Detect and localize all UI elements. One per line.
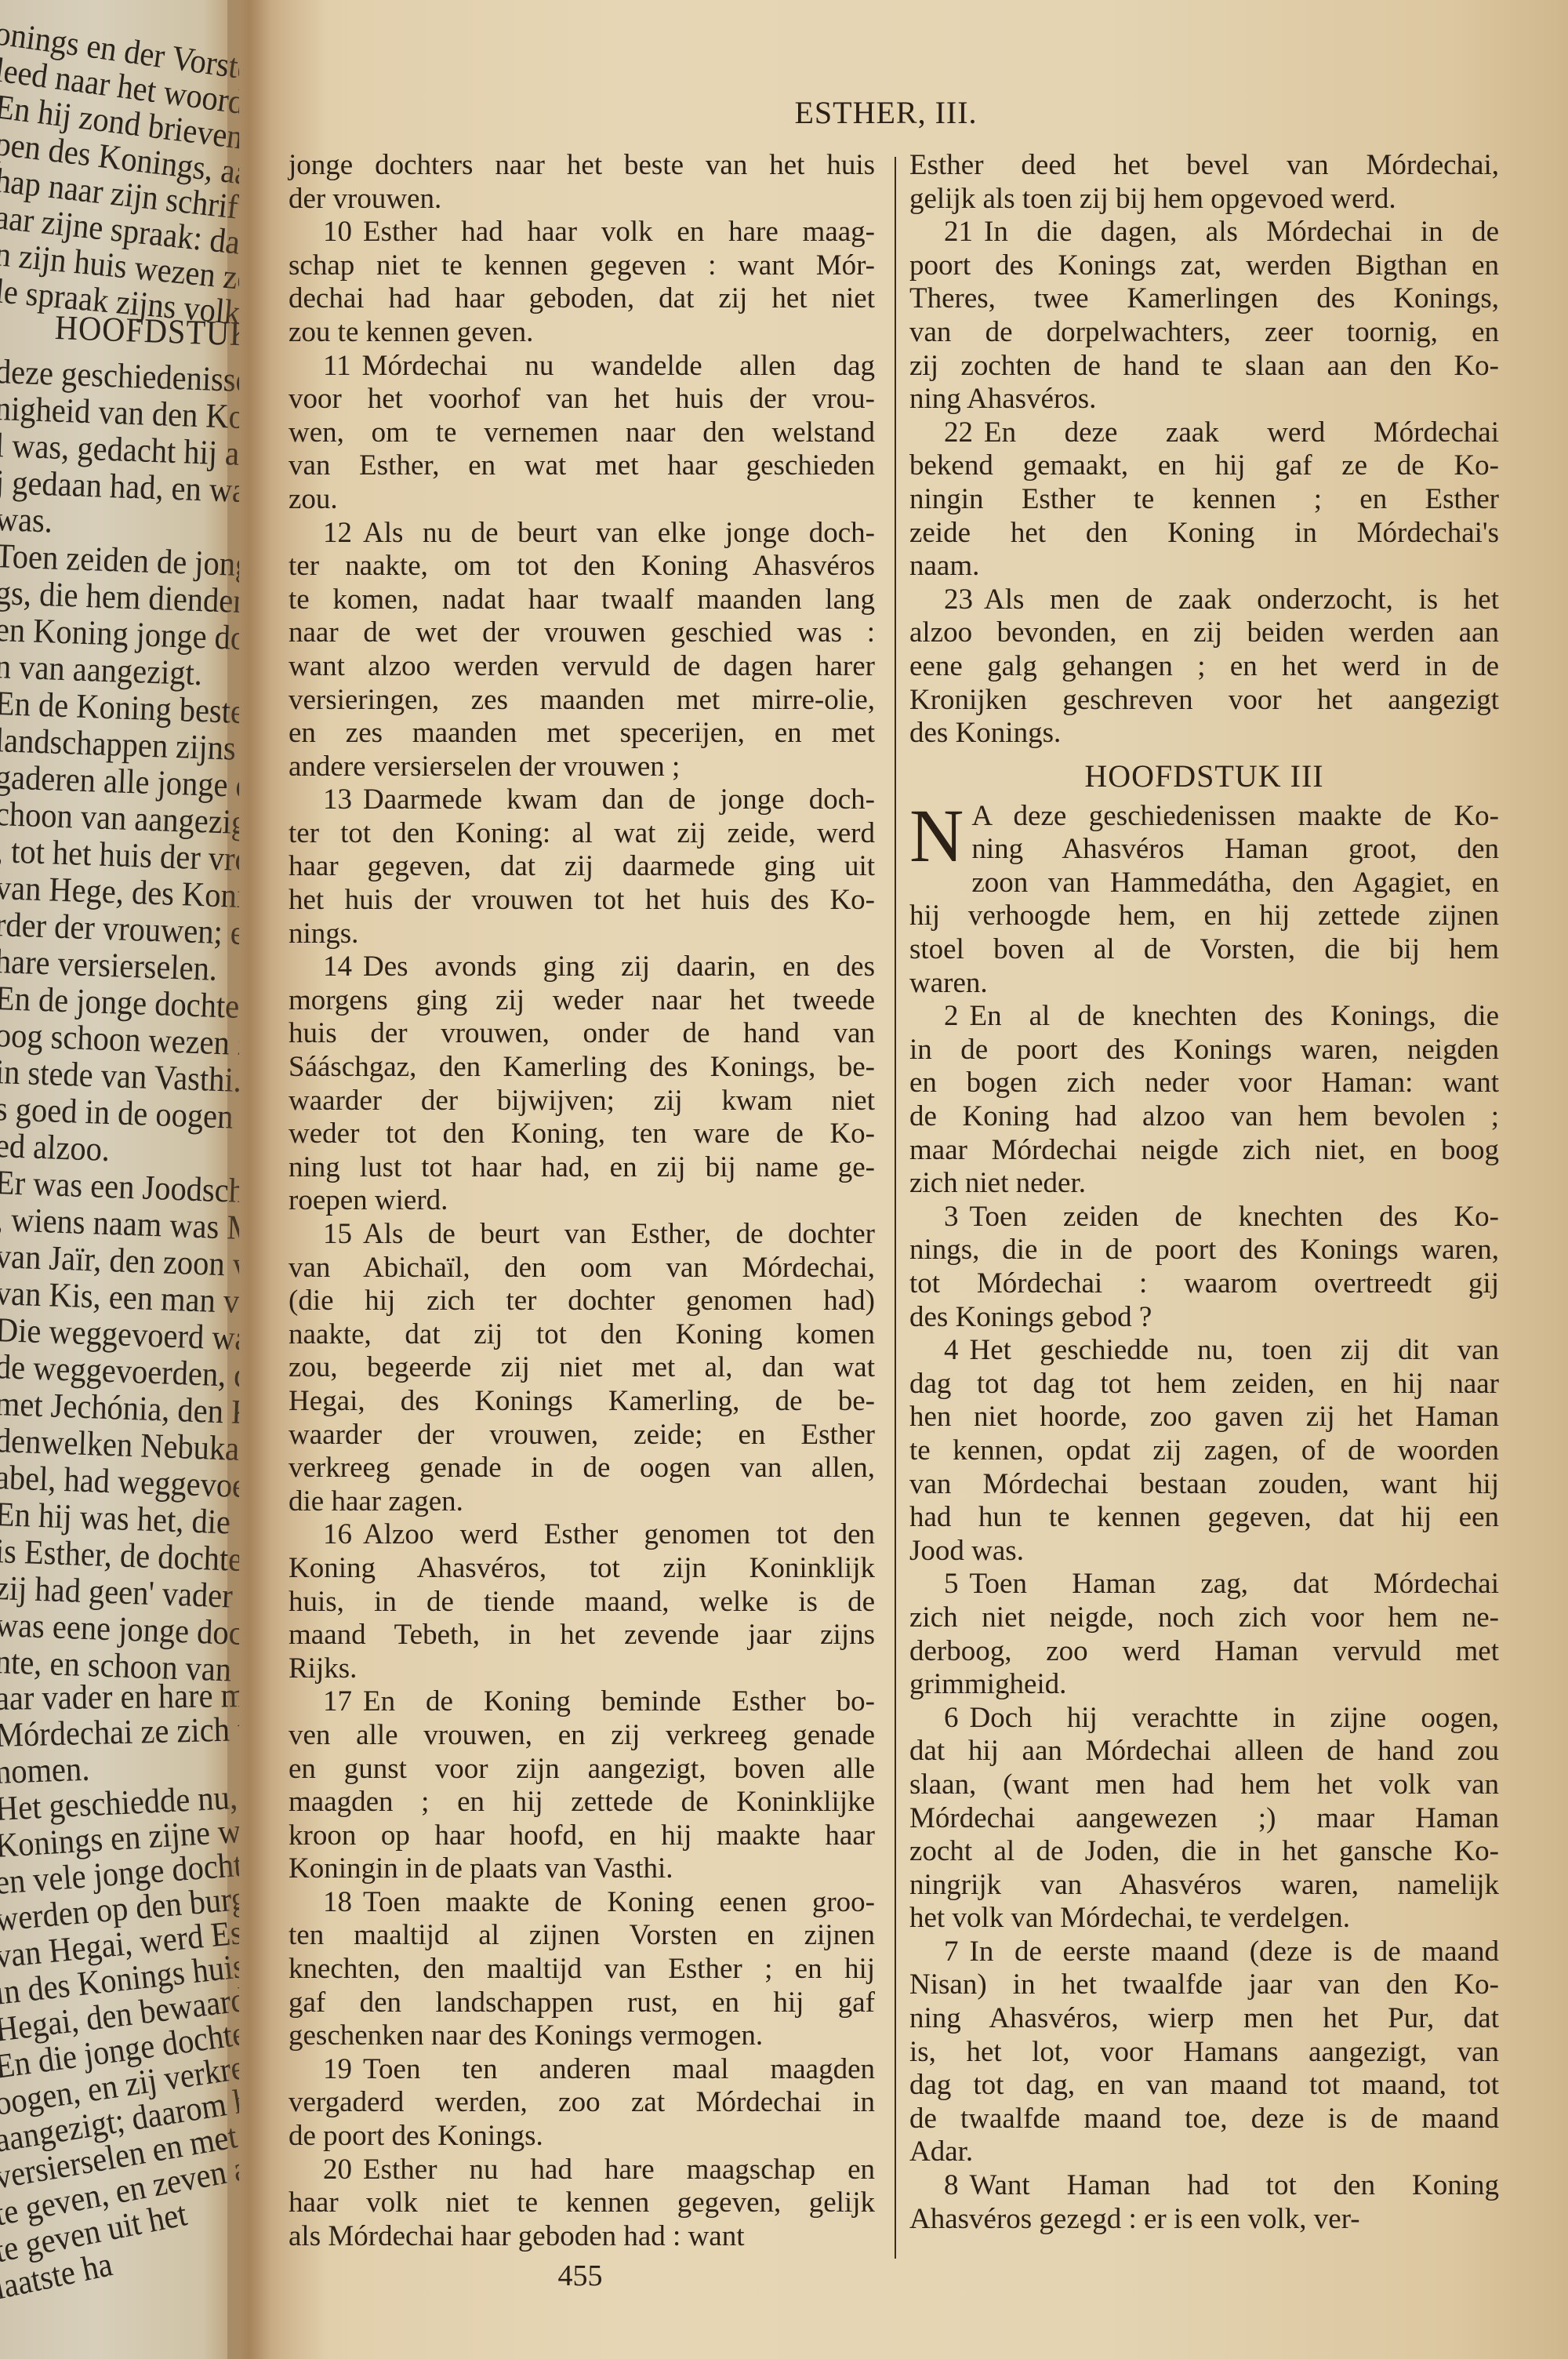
text-line: die haar zagen. — [289, 1485, 875, 1519]
line-text: ter naakte, om tot den Koning Ahasvéros — [289, 550, 875, 582]
text-line: gelijk als toen zij bij hem opgevoed wer… — [909, 183, 1499, 216]
text-line: en gunst voor zijn aangezigt, boven alle — [289, 1753, 875, 1787]
line-text: waarder der vrouwen, zeide; en Esther — [289, 1419, 875, 1451]
verse-number: 7 — [944, 1936, 959, 1968]
line-text: (die hij zich ter dochter genomen had) — [289, 1285, 875, 1317]
verse-number: 17 — [323, 1685, 352, 1717]
text-line: haar volk niet te kennen gegeven, gelijk — [289, 2186, 875, 2220]
line-text: eene galg gehangen ; en het werd in de — [909, 650, 1499, 682]
line-text: het volk van Mórdechai, te verdelgen. — [909, 1902, 1350, 1934]
line-text: Ahasvéros gezegd : er is een volk, ver- — [909, 2203, 1360, 2235]
left-facing-page: onings en der Vorsten; eleed naar het wo… — [0, 0, 239, 2359]
line-text: Mórdechai nu wandelde allen dag — [362, 350, 875, 382]
text-line: ningrijk van Ahasvéros waren, namelijk — [909, 1869, 1499, 1903]
text-line: dat hij aan Mórdechai alleen de hand zou — [909, 1735, 1499, 1768]
text-line: 3Toen zeiden de knechten des Ko- — [909, 1201, 1499, 1234]
line-text: versieringen, zes maanden met mirre-olie… — [289, 684, 875, 716]
left-page-text-line: Mórdechai ze zich tot eene — [0, 1710, 239, 1753]
text-line: Adar. — [909, 2135, 1499, 2169]
line-text: Toen ten anderen maal maagden — [363, 2053, 875, 2085]
page-number: 455 — [541, 2259, 619, 2293]
line-text: alzoo bevonden, en zij beiden werden aan — [909, 616, 1499, 649]
text-line: 22En deze zaak werd Mórdechai — [909, 416, 1499, 450]
line-text: ning lust tot haar had, en zij bij name … — [289, 1151, 875, 1183]
line-text: gaf den landschappen rust, en hij gaf — [289, 1986, 875, 2019]
line-text: Kronijken geschreven voor het aangezigt — [909, 684, 1499, 716]
line-text: stoel boven al de Vorsten, die bij hem — [909, 933, 1499, 965]
text-line: ning lust tot haar had, en zij bij name … — [289, 1151, 875, 1185]
text-line: Kronijken geschreven voor het aangezigt — [909, 684, 1499, 718]
text-line: zou te kennen geven. — [289, 316, 875, 350]
line-text: derboog, zoo werd Haman vervuld met — [909, 1635, 1499, 1667]
verse-number: 14 — [323, 951, 352, 983]
line-text: Mórdechai aangewezen ;) maar Haman — [909, 1802, 1499, 1834]
line-text: Daarmede kwam dan de jonge doch- — [363, 783, 875, 816]
text-line: morgens ging zij weder naar het tweede — [289, 984, 875, 1018]
text-line: 8Want Haman had tot den Koning — [909, 2169, 1499, 2203]
text-line: 2En al de knechten des Konings, die — [909, 1000, 1499, 1034]
line-text: als Mórdechai haar geboden had : want — [289, 2220, 745, 2252]
line-text: jonge dochters naar het beste van het hu… — [289, 149, 875, 181]
line-text: huis, in de tiende maand, welke is de — [289, 1586, 875, 1618]
text-line: 5Toen Haman zag, dat Mórdechai — [909, 1568, 1499, 1601]
verse-number: 5 — [944, 1568, 959, 1600]
text-line: schap niet te kennen gegeven : want Mór- — [289, 249, 875, 283]
line-text: zich niet neder. — [909, 1167, 1086, 1199]
line-text: ningrijk van Ahasvéros waren, namelijk — [909, 1869, 1499, 1901]
text-line: Jood was. — [909, 1535, 1499, 1568]
text-line: zich niet neigde, noch zich voor hem ne- — [909, 1601, 1499, 1635]
text-line: 10Esther had haar volk en hare maag- — [289, 216, 875, 249]
line-text: En al de knechten des Konings, die — [970, 1000, 1500, 1032]
text-line: poort des Konings zat, werden Bigthan en — [909, 249, 1499, 283]
line-text: is, het lot, voor Hamans aangezigt, van — [909, 2036, 1499, 2068]
line-text: ter tot den Koning: al wat zij zeide, we… — [289, 817, 875, 849]
text-line: derboog, zoo werd Haman vervuld met — [909, 1635, 1499, 1669]
line-text: te kennen, opdat zij zagen, of de woorde… — [909, 1434, 1499, 1467]
text-line: alzoo bevonden, en zij beiden werden aan — [909, 616, 1499, 650]
line-text: Hegai, des Konings Kamerling, de be- — [289, 1385, 875, 1417]
book-gutter — [227, 0, 282, 2359]
text-line: ter naakte, om tot den Koning Ahasvéros — [289, 550, 875, 583]
line-text: zou. — [289, 483, 338, 515]
text-line: te komen, nadat haar twaalf maanden lang — [289, 583, 875, 617]
text-line: tot Mórdechai : waarom overtreedt gij — [909, 1267, 1499, 1301]
text-line: verkreeg genade in de oogen van allen, — [289, 1452, 875, 1485]
text-line: versieringen, zes maanden met mirre-olie… — [289, 684, 875, 718]
line-text: de poort des Konings. — [289, 2120, 543, 2152]
text-line: en bogen zich neder voor Haman: want — [909, 1067, 1499, 1100]
verse-number: 18 — [323, 1886, 352, 1918]
text-line: 19Toen ten anderen maal maagden — [289, 2053, 875, 2087]
text-line: zoon van Hammedátha, den Agagiet, en — [909, 867, 1499, 900]
line-text: Theres, twee Kamerlingen des Konings, — [909, 282, 1499, 314]
text-line: 17En de Koning beminde Esther bo- — [289, 1685, 875, 1719]
line-text: ven alle vrouwen, en zij verkreeg genade — [289, 1719, 875, 1751]
line-text: haar volk niet te kennen gegeven, gelijk — [289, 2186, 875, 2219]
text-line: roepen wierd. — [289, 1184, 875, 1218]
line-text: want alzoo werden vervuld de dagen harer — [289, 650, 875, 682]
text-line: huis, in de tiende maand, welke is de — [289, 1586, 875, 1619]
verse-number: 10 — [323, 216, 352, 248]
text-line: kroon op haar hoofd, en hij maakte haar — [289, 1819, 875, 1853]
line-text: vergaderd werden, zoo zat Mórdechai in — [289, 2086, 875, 2118]
left-page-text-line: ed alzoo. — [0, 1129, 111, 1167]
text-line: waren. — [909, 967, 1499, 1001]
line-text: Toen Haman zag, dat Mórdechai — [970, 1568, 1500, 1600]
text-line: 16Alzoo werd Esther genomen tot den — [289, 1518, 875, 1552]
text-line: slaan, (want men had hem het volk van — [909, 1768, 1499, 1802]
line-text: zoon van Hammedátha, den Agagiet, en — [971, 867, 1499, 899]
verse-number: 2 — [944, 1000, 959, 1032]
verse-number: 6 — [944, 1702, 959, 1734]
text-line: zij zochten de hand te slaan aan den Ko- — [909, 350, 1499, 383]
text-line: maagden ; en hij zettede de Koninklijke — [289, 1786, 875, 1819]
line-text: verkreeg genade in de oogen van allen, — [289, 1452, 875, 1484]
line-text: gelijk als toen zij bij hem opgevoed wer… — [909, 183, 1396, 215]
text-line: zocht al de Joden, die in het gansche Ko… — [909, 1835, 1499, 1869]
line-text: Jood was. — [909, 1535, 1024, 1567]
text-line: 18Toen maakte de Koning eenen groo- — [289, 1886, 875, 1920]
text-line: waarder der vrouwen, zeide; en Esther — [289, 1419, 875, 1452]
text-line: des Konings. — [909, 717, 1499, 751]
line-text: en zes maanden met specerijen, en met — [289, 717, 875, 749]
line-text: andere versierselen der vrouwen ; — [289, 751, 680, 783]
text-line: gaf den landschappen rust, en hij gaf — [289, 1986, 875, 2020]
text-line: naakte, dat zij tot den Koning komen — [289, 1318, 875, 1352]
text-line: dag tot dag, en van maand tot maand, tot — [909, 2069, 1499, 2103]
line-text: maand Tebeth, in het zevende jaar zijns — [289, 1619, 875, 1651]
text-line: dechai had haar geboden, dat zij het nie… — [289, 282, 875, 316]
line-text: van Mórdechai bestaan zouden, want hij — [909, 1468, 1499, 1500]
text-line: 7In de eerste maand (deze is de maand — [909, 1936, 1499, 1969]
verse-number: 13 — [323, 783, 352, 816]
line-text: zou, begeerde zij niet met al, dan wat — [289, 1351, 875, 1383]
line-text: Doch hij verachtte in zijne oogen, — [970, 1702, 1500, 1734]
line-text: dechai had haar geboden, dat zij het nie… — [289, 282, 875, 314]
text-line: grimmigheid. — [909, 1668, 1499, 1702]
line-text: huis der vrouwen, onder de hand van — [289, 1017, 875, 1049]
text-line: van Abichaïl, den oom van Mórdechai, — [289, 1252, 875, 1285]
text-line: de poort des Konings. — [289, 2120, 875, 2154]
line-text: des Konings gebod ? — [909, 1301, 1152, 1333]
line-text: naakte, dat zij tot den Koning komen — [289, 1318, 875, 1350]
line-text: grimmigheid. — [909, 1668, 1066, 1700]
text-line: ven alle vrouwen, en zij verkreeg genade — [289, 1719, 875, 1753]
line-text: Esther nu had hare maagschap en — [363, 2154, 875, 2186]
line-text: Als nu de beurt van elke jonge doch- — [363, 517, 875, 549]
text-line: weder tot den Koning, ten ware de Ko- — [289, 1118, 875, 1151]
text-line: ten maaltijd al zijnen Vorsten en zijnen — [289, 1919, 875, 1953]
text-line: is, het lot, voor Hamans aangezigt, van — [909, 2036, 1499, 2070]
verse-number: 22 — [944, 416, 973, 449]
verse-number: 20 — [323, 2154, 352, 2186]
verse-number: 16 — [323, 1518, 352, 1550]
line-text: te komen, nadat haar twaalf maanden lang — [289, 583, 875, 616]
line-text: zich niet neigde, noch zich voor hem ne- — [909, 1601, 1499, 1634]
line-text: En de Koning beminde Esther bo- — [363, 1685, 875, 1717]
line-text: de Koning had alzoo van hem bevolen ; — [909, 1100, 1499, 1132]
text-line: knechten, den maaltijd van Esther ; en h… — [289, 1953, 875, 1986]
text-line: A deze geschiedenissen maakte de Ko- — [909, 800, 1499, 834]
line-text: kroon op haar hoofd, en hij maakte haar — [289, 1819, 875, 1852]
verse-number: 11 — [323, 350, 351, 382]
line-text: Toen zeiden de knechten des Ko- — [970, 1201, 1500, 1233]
line-text: Nisan) in het twaalfde jaar van den Ko- — [909, 1968, 1499, 2001]
text-line: des Konings gebod ? — [909, 1301, 1499, 1335]
line-text: in de poort des Konings waren, neigden — [909, 1034, 1499, 1066]
line-text: bekend gemaakt, en hij gaf ze de Ko- — [909, 449, 1499, 482]
text-line: de Koning had alzoo van hem bevolen ; — [909, 1100, 1499, 1134]
line-text: voor het voorhof van het huis der vrou- — [289, 383, 875, 415]
line-text: hen niet hoorde, zoo gaven zij het Haman — [909, 1401, 1499, 1433]
text-line: dag tot dag tot hem zeiden, en hij naar — [909, 1368, 1499, 1401]
text-line: zou, begeerde zij niet met al, dan wat — [289, 1351, 875, 1385]
line-text: knechten, den maaltijd van Esther ; en h… — [289, 1953, 875, 1985]
verse-number: 3 — [944, 1201, 959, 1233]
line-text: ten maaltijd al zijnen Vorsten en zijnen — [289, 1919, 875, 1951]
line-text: slaan, (want men had hem het volk van — [909, 1768, 1499, 1801]
line-text: dag tot dag tot hem zeiden, en hij naar — [909, 1368, 1499, 1400]
text-line: (die hij zich ter dochter genomen had) — [289, 1285, 875, 1318]
line-text: Als de beurt van Esther, de dochter — [363, 1218, 875, 1250]
text-line: ning Ahasvéros Haman groot, den — [909, 833, 1499, 867]
text-line: waarder der bijwijven; zij kwam niet — [289, 1085, 875, 1118]
line-text: van Esther, en wat met haar geschieden — [289, 449, 875, 482]
line-text: die haar zagen. — [289, 1485, 463, 1518]
line-text: het huis der vrouwen tot het huis des Ko… — [289, 884, 875, 916]
text-line: Hegai, des Konings Kamerling, de be- — [289, 1385, 875, 1419]
line-text: van Abichaïl, den oom van Mórdechai, — [289, 1252, 875, 1284]
text-line: Nisan) in het twaalfde jaar van den Ko- — [909, 1968, 1499, 2002]
right-text-column: Esther deed het bevel van Mórdechai,geli… — [909, 149, 1499, 2236]
text-line: naam. — [909, 550, 1499, 583]
text-line: zich niet neder. — [909, 1167, 1499, 1201]
line-text: Adar. — [909, 2135, 973, 2168]
line-text: Koningin in de plaats van Vasthi. — [289, 1852, 673, 1885]
line-text: schap niet te kennen gegeven : want Mór- — [289, 249, 875, 282]
line-text: zeide het den Koning in Mórdechai's — [909, 517, 1499, 549]
text-line: 13Daarmede kwam dan de jonge doch- — [289, 783, 875, 817]
text-line: vergaderd werden, zoo zat Mórdechai in — [289, 2086, 875, 2120]
line-text: Want Haman had tot den Koning — [970, 2169, 1500, 2201]
text-line: nings. — [289, 918, 875, 951]
text-line: Theres, twee Kamerlingen des Konings, — [909, 282, 1499, 316]
text-line: maand Tebeth, in het zevende jaar zijns — [289, 1619, 875, 1652]
line-text: Rijks. — [289, 1652, 357, 1685]
line-text: Des avonds ging zij daarin, en des — [363, 951, 875, 983]
text-line: ningin Esther te kennen ; en Esther — [909, 483, 1499, 517]
text-line: 14Des avonds ging zij daarin, en des — [289, 951, 875, 984]
text-line: andere versierselen der vrouwen ; — [289, 751, 875, 784]
line-text: haar gegeven, dat zij daarmede ging uit — [289, 850, 875, 882]
line-text: Toen maakte de Koning eenen groo- — [363, 1886, 875, 1918]
line-text: naar de wet der vrouwen geschied was : — [289, 616, 875, 649]
line-text: zij zochten de hand te slaan aan den Ko- — [909, 350, 1499, 382]
verse-number: 12 — [323, 517, 352, 549]
line-text: Sááschgaz, den Kamerling des Konings, be… — [289, 1051, 875, 1083]
line-text: geschenken naar des Konings vermogen. — [289, 2019, 763, 2052]
text-line: nings, die in de poort des Konings waren… — [909, 1234, 1499, 1267]
verse-number: 15 — [323, 1218, 352, 1250]
text-line: Esther deed het bevel van Mórdechai, — [909, 149, 1499, 183]
verse-number: 23 — [944, 583, 973, 616]
text-line: wen, om te vernemen naar den welstand — [289, 416, 875, 450]
line-text: Het geschiedde nu, toen zij dit van — [970, 1334, 1500, 1366]
text-line: 20Esther nu had hare maagschap en — [289, 2154, 875, 2187]
text-line: Ahasvéros gezegd : er is een volk, ver- — [909, 2203, 1499, 2237]
text-line: de twaalfde maand toe, deze is de maand — [909, 2103, 1499, 2136]
text-line: bekend gemaakt, en hij gaf ze de Ko- — [909, 449, 1499, 483]
line-text: had hun te kennen gegeven, dat hij een — [909, 1501, 1499, 1533]
line-text: dat hij aan Mórdechai alleen de hand zou — [909, 1735, 1499, 1767]
text-line: stoel boven al de Vorsten, die bij hem — [909, 933, 1499, 967]
line-text: hij verhoogde hem, en hij zettede zijnen — [909, 900, 1499, 932]
verse-number: 21 — [944, 216, 973, 248]
text-line: 4Het geschiedde nu, toen zij dit van — [909, 1334, 1499, 1368]
left-page-chapter-heading: HOOFDSTUK II. — [54, 311, 239, 354]
drop-cap: N — [909, 805, 964, 872]
text-line: ning Ahasvéros. — [909, 383, 1499, 416]
running-head: ESTHER, III. — [753, 94, 1019, 131]
text-line: Sááschgaz, den Kamerling des Konings, be… — [289, 1051, 875, 1085]
line-text: naam. — [909, 550, 979, 582]
line-text: en gunst voor zijn aangezigt, boven alle — [289, 1753, 875, 1785]
text-line: ter tot den Koning: al wat zij zeide, we… — [289, 817, 875, 851]
text-line: voor het voorhof van het huis der vrou- — [289, 383, 875, 416]
line-text: maar Mórdechai neigde zich niet, en boog — [909, 1134, 1499, 1166]
verse-number: 4 — [944, 1334, 959, 1366]
line-text: In die dagen, als Mórdechai in de — [984, 216, 1499, 248]
text-line: 15Als de beurt van Esther, de dochter — [289, 1218, 875, 1252]
text-line: maar Mórdechai neigde zich niet, en boog — [909, 1134, 1499, 1168]
line-text: nings, die in de poort des Konings waren… — [909, 1234, 1499, 1266]
text-line: haar gegeven, dat zij daarmede ging uit — [289, 850, 875, 884]
line-text: poort des Konings zat, werden Bigthan en — [909, 249, 1499, 282]
line-text: zocht al de Joden, die in het gansche Ko… — [909, 1835, 1499, 1867]
line-text: ningin Esther te kennen ; en Esther — [909, 483, 1499, 515]
text-line: ning Ahasvéros, wierp men het Pur, dat — [909, 2002, 1499, 2036]
line-text: A deze geschiedenissen maakte de Ko- — [971, 800, 1499, 832]
chapter-heading: HOOFDSTUK III — [909, 751, 1499, 800]
line-text: ning Ahasvéros. — [909, 383, 1096, 415]
column-divider — [895, 157, 896, 2259]
line-text: zou te kennen geven. — [289, 316, 533, 348]
text-line: zou. — [289, 483, 875, 517]
text-line: Rijks. — [289, 1652, 875, 1686]
text-line: geschenken naar des Konings vermogen. — [289, 2019, 875, 2053]
text-line: hij verhoogde hem, en hij zettede zijnen — [909, 900, 1499, 933]
line-text: roepen wierd. — [289, 1184, 448, 1216]
line-text: Esther had haar volk en hare maag- — [363, 216, 875, 248]
text-line: in de poort des Konings waren, neigden — [909, 1034, 1499, 1067]
line-text: des Konings. — [909, 717, 1061, 749]
line-text: En deze zaak werd Mórdechai — [984, 416, 1499, 449]
line-text: Koning Ahasvéros, tot zijn Koninklijk — [289, 1552, 875, 1584]
line-text: wen, om te vernemen naar den welstand — [289, 416, 875, 449]
line-text: morgens ging zij weder naar het tweede — [289, 984, 875, 1016]
line-text: nings. — [289, 918, 358, 950]
line-text: waarder der bijwijven; zij kwam niet — [289, 1085, 875, 1117]
line-text: der vrouwen. — [289, 183, 441, 215]
text-line: 12Als nu de beurt van elke jonge doch- — [289, 517, 875, 551]
text-line: jonge dochters naar het beste van het hu… — [289, 149, 875, 183]
text-line: van de dorpelwachters, zeer toornig, en — [909, 316, 1499, 350]
text-line: hen niet hoorde, zoo gaven zij het Haman — [909, 1401, 1499, 1434]
text-line: Koningin in de plaats van Vasthi. — [289, 1852, 875, 1886]
text-line: want alzoo werden vervuld de dagen harer — [289, 650, 875, 684]
text-line: 6Doch hij verachtte in zijne oogen, — [909, 1702, 1499, 1736]
line-text: Als men de zaak onderzocht, is het — [984, 583, 1499, 616]
verse-number: 8 — [944, 2169, 959, 2201]
line-text: Esther deed het bevel van Mórdechai, — [909, 149, 1499, 181]
left-page-text-line: nomen. — [0, 1752, 90, 1790]
line-text: en bogen zich neder voor Haman: want — [909, 1067, 1499, 1099]
text-line: huis der vrouwen, onder de hand van — [289, 1017, 875, 1051]
line-text: maagden ; en hij zettede de Koninklijke — [289, 1786, 875, 1818]
text-line: van Mórdechai bestaan zouden, want hij — [909, 1468, 1499, 1502]
middle-text-column: jonge dochters naar het beste van het hu… — [289, 149, 875, 2253]
text-line: Koning Ahasvéros, tot zijn Koninklijk — [289, 1552, 875, 1586]
text-line: als Mórdechai haar geboden had : want — [289, 2220, 875, 2254]
line-text: waren. — [909, 967, 988, 999]
text-line: 23Als men de zaak onderzocht, is het — [909, 583, 1499, 617]
text-line: te kennen, opdat zij zagen, of de woorde… — [909, 1434, 1499, 1468]
text-line: 11Mórdechai nu wandelde allen dag — [289, 350, 875, 383]
text-line: eene galg gehangen ; en het werd in de — [909, 650, 1499, 684]
left-page-text-line: was. — [0, 502, 53, 539]
text-line: had hun te kennen gegeven, dat hij een — [909, 1501, 1499, 1535]
line-text: Alzoo werd Esther genomen tot den — [363, 1518, 875, 1550]
line-text: dag tot dag, en van maand tot maand, tot — [909, 2069, 1499, 2101]
verse-number: 19 — [323, 2053, 352, 2085]
text-line: der vrouwen. — [289, 183, 875, 216]
line-text: ning Ahasvéros, wierp men het Pur, dat — [909, 2002, 1499, 2034]
text-line: het volk van Mórdechai, te verdelgen. — [909, 1902, 1499, 1936]
text-line: Mórdechai aangewezen ;) maar Haman — [909, 1802, 1499, 1836]
text-line: het huis der vrouwen tot het huis des Ko… — [289, 884, 875, 918]
line-text: weder tot den Koning, ten ware de Ko- — [289, 1118, 875, 1150]
line-text: In de eerste maand (deze is de maand — [970, 1936, 1500, 1968]
line-text: tot Mórdechai : waarom overtreedt gij — [909, 1267, 1499, 1299]
text-line: naar de wet der vrouwen geschied was : — [289, 616, 875, 650]
text-line: zeide het den Koning in Mórdechai's — [909, 517, 1499, 551]
text-line: van Esther, en wat met haar geschieden — [289, 449, 875, 483]
line-text: van de dorpelwachters, zeer toornig, en — [909, 316, 1499, 348]
line-text: de twaalfde maand toe, deze is de maand — [909, 2103, 1499, 2135]
text-line: en zes maanden met specerijen, en met — [289, 717, 875, 751]
line-text: ning Ahasvéros Haman groot, den — [971, 833, 1499, 865]
text-line: 21In die dagen, als Mórdechai in de — [909, 216, 1499, 249]
